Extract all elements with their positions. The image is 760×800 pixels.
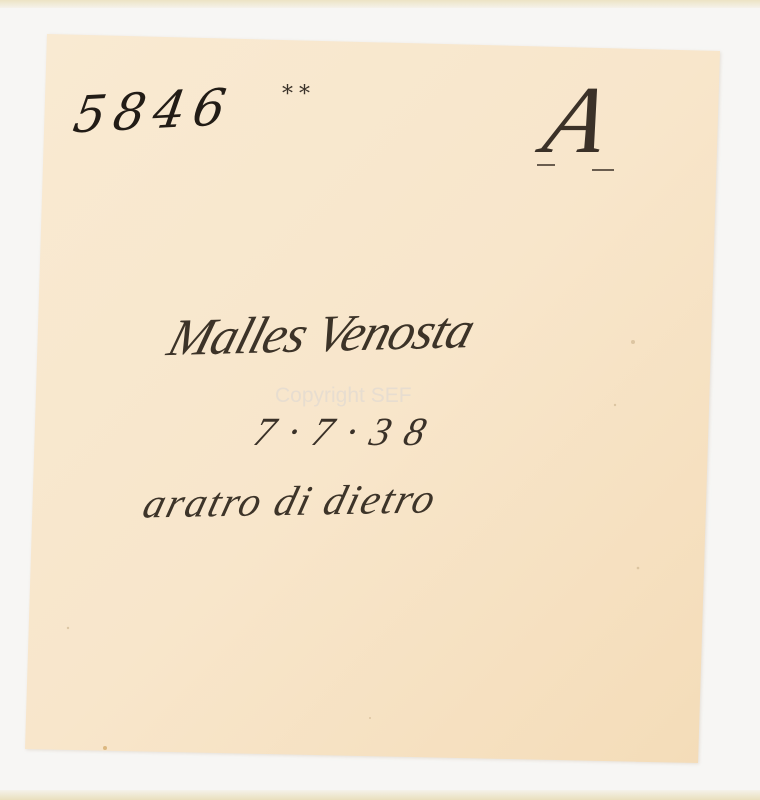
catalog-mark: ** [282,82,316,107]
grade-underline-right [592,169,614,171]
catalog-number: 5846 [69,78,237,145]
description-text: aratro di dietro [138,475,443,528]
copyright-watermark: Copyright SEF [275,384,412,408]
date-text: 7·7·38 [249,408,445,455]
location-text: Malles Venosta [161,301,481,368]
grade-underline-left [537,164,555,166]
